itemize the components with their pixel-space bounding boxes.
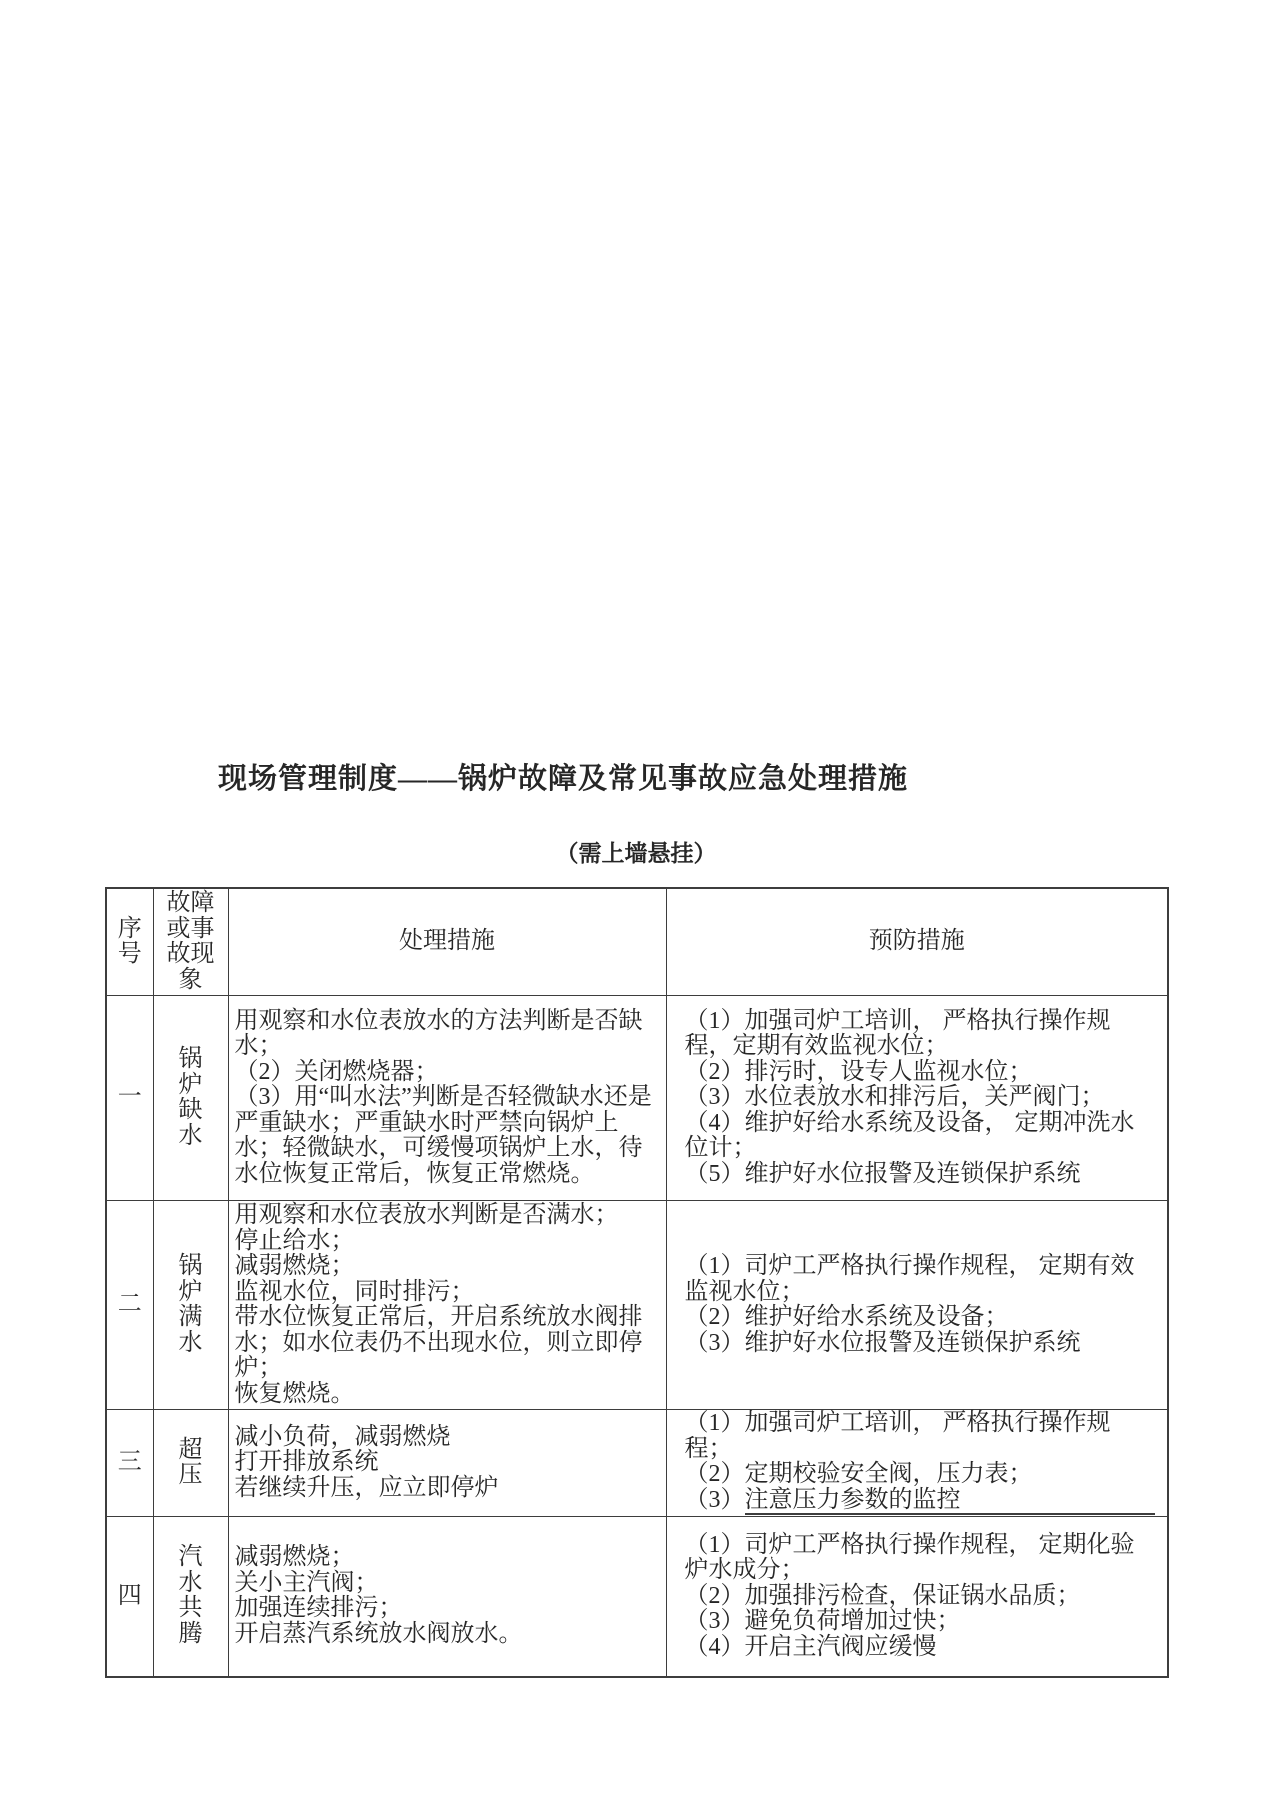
- handling-item: 加强连续排污；: [235, 1596, 658, 1622]
- prevention-item: （2）定期校验安全阀，压力表；: [685, 1462, 1156, 1488]
- header-prevention: 预防措施: [666, 888, 1168, 996]
- handling-item: 打开排放系统: [235, 1450, 658, 1476]
- prevention-item: （2）维护好给水系统及设备；: [685, 1305, 1156, 1331]
- prevention-item: （3）维护好水位报警及连锁保护系统: [685, 1331, 1156, 1357]
- prevention-item: （3）避免负荷增加过快；: [685, 1609, 1156, 1635]
- row-phenomenon: 超 压: [153, 1410, 228, 1517]
- row-index: 三: [106, 1410, 153, 1517]
- handling-item: 用观察和水位表放水的方法判断是否缺水；: [235, 1009, 658, 1060]
- row-phenomenon: 锅 炉 满 水: [153, 1201, 228, 1410]
- table-row-priming: 四 汽 水 共 腾 减弱燃烧； 关小主汽阀； 加强连续排污； 开启蒸汽系统放水阀…: [106, 1517, 1168, 1677]
- table-row-boiler-water-shortage: 一 锅 炉 缺 水 用观察和水位表放水的方法判断是否缺水； （2）关闭燃烧器； …: [106, 996, 1168, 1201]
- row-prevention-measures: （1）司炉工严格执行操作规程， 定期有效监视水位； （2）维护好给水系统及设备；…: [666, 1201, 1168, 1410]
- row-prevention-measures: （1）加强司炉工培训， 严格执行操作规程，定期有效监视水位； （2）排污时，设专…: [666, 996, 1168, 1201]
- row-phenomenon: 汽 水 共 腾: [153, 1517, 228, 1677]
- prevention-item: （1）司炉工严格执行操作规程， 定期化验炉水成分；: [685, 1533, 1156, 1584]
- document-page: 现场管理制度——锅炉故障及常见事故应急处理措施 （需上墙悬挂） 序号 故障或事故…: [0, 0, 1275, 1804]
- row-prevention-measures: （1）司炉工严格执行操作规程， 定期化验炉水成分； （2）加强排污检查，保证锅水…: [666, 1517, 1168, 1677]
- prevention-item: （4）维护好给水系统及设备， 定期冲洗水位计；: [685, 1111, 1156, 1162]
- prevention-item: （1）司炉工严格执行操作规程， 定期有效监视水位；: [685, 1254, 1156, 1305]
- handling-item: 带水位恢复正常后，开启系统放水阀排水；如水位表仍不出现水位，则立即停炉；: [235, 1305, 658, 1382]
- row-index: 一: [106, 996, 153, 1201]
- table-row-boiler-full-water: 二 锅 炉 满 水 用观察和水位表放水判断是否满水； 停止给水； 减弱燃烧； 监…: [106, 1201, 1168, 1410]
- row-handling-measures: 减小负荷，减弱燃烧 打开排放系统 若继续升压，应立即停炉: [228, 1410, 666, 1517]
- prevention-item: （5）维护好水位报警及连锁保护系统: [685, 1162, 1156, 1188]
- document-title: 现场管理制度——锅炉故障及常见事故应急处理措施: [218, 756, 908, 797]
- prevention-item: （4）开启主汽阀应缓慢: [685, 1635, 1156, 1661]
- document-subtitle: （需上墙悬挂）: [105, 835, 1167, 868]
- table-row-overpressure: 三 超 压 减小负荷，减弱燃烧 打开排放系统 若继续升压，应立即停炉 （1）加强…: [106, 1410, 1168, 1517]
- fault-handling-table: 序号 故障或事故现象 处理措施 预防措施 一 锅 炉 缺 水 用观察和水位表放水…: [105, 887, 1169, 1678]
- header-handling: 处理措施: [228, 888, 666, 996]
- row-handling-measures: 用观察和水位表放水判断是否满水； 停止给水； 减弱燃烧； 监视水位，同时排污； …: [228, 1201, 666, 1410]
- row-index: 四: [106, 1517, 153, 1677]
- row-prevention-measures: （1）加强司炉工培训， 严格执行操作规程； （2）定期校验安全阀，压力表； （3…: [666, 1410, 1168, 1517]
- row-handling-measures: 减弱燃烧； 关小主汽阀； 加强连续排污； 开启蒸汽系统放水阀放水。: [228, 1517, 666, 1677]
- prevention-item: （1）加强司炉工培训， 严格执行操作规程；: [685, 1411, 1156, 1462]
- handling-item: 开启蒸汽系统放水阀放水。: [235, 1622, 658, 1648]
- handling-item: 停止给水；: [235, 1229, 658, 1255]
- header-phenomenon: 故障或事故现象: [153, 888, 228, 996]
- table-header-row: 序号 故障或事故现象 处理措施 预防措施: [106, 888, 1168, 996]
- handling-item: 减弱燃烧；: [235, 1545, 658, 1571]
- handling-item: 用观察和水位表放水判断是否满水；: [235, 1203, 658, 1229]
- handling-item: 恢复燃烧。: [235, 1382, 658, 1408]
- row-phenomenon: 锅 炉 缺 水: [153, 996, 228, 1201]
- prevention-item-prefix: （3）: [685, 1488, 745, 1516]
- prevention-item: （1）加强司炉工培训， 严格执行操作规程，定期有效监视水位；: [685, 1009, 1156, 1060]
- handling-item: 监视水位，同时排污；: [235, 1280, 658, 1306]
- prevention-item-underline-text: 注意压力参数的监控: [745, 1488, 1156, 1516]
- handling-item: （2）关闭燃烧器；: [235, 1060, 658, 1086]
- prevention-item: （2）加强排污检查，保证锅水品质；: [685, 1584, 1156, 1610]
- prevention-item: （3）水位表放水和排污后，关严阀门；: [685, 1085, 1156, 1111]
- header-index: 序号: [106, 888, 153, 996]
- prevention-item: （2）排污时，设专人监视水位；: [685, 1060, 1156, 1086]
- prevention-item-underlined: （3） 注意压力参数的监控: [685, 1488, 1156, 1516]
- handling-item: 若继续升压，应立即停炉: [235, 1476, 658, 1502]
- handling-item: 减弱燃烧；: [235, 1254, 658, 1280]
- handling-item: 减小负荷，减弱燃烧: [235, 1425, 658, 1451]
- row-handling-measures: 用观察和水位表放水的方法判断是否缺水； （2）关闭燃烧器； （3）用“叫水法”判…: [228, 996, 666, 1201]
- handling-item: 关小主汽阀；: [235, 1571, 658, 1597]
- handling-item: （3）用“叫水法”判断是否轻微缺水还是严重缺水；严重缺水时严禁向锅炉上水；轻微缺…: [235, 1085, 658, 1187]
- row-index: 二: [106, 1201, 153, 1410]
